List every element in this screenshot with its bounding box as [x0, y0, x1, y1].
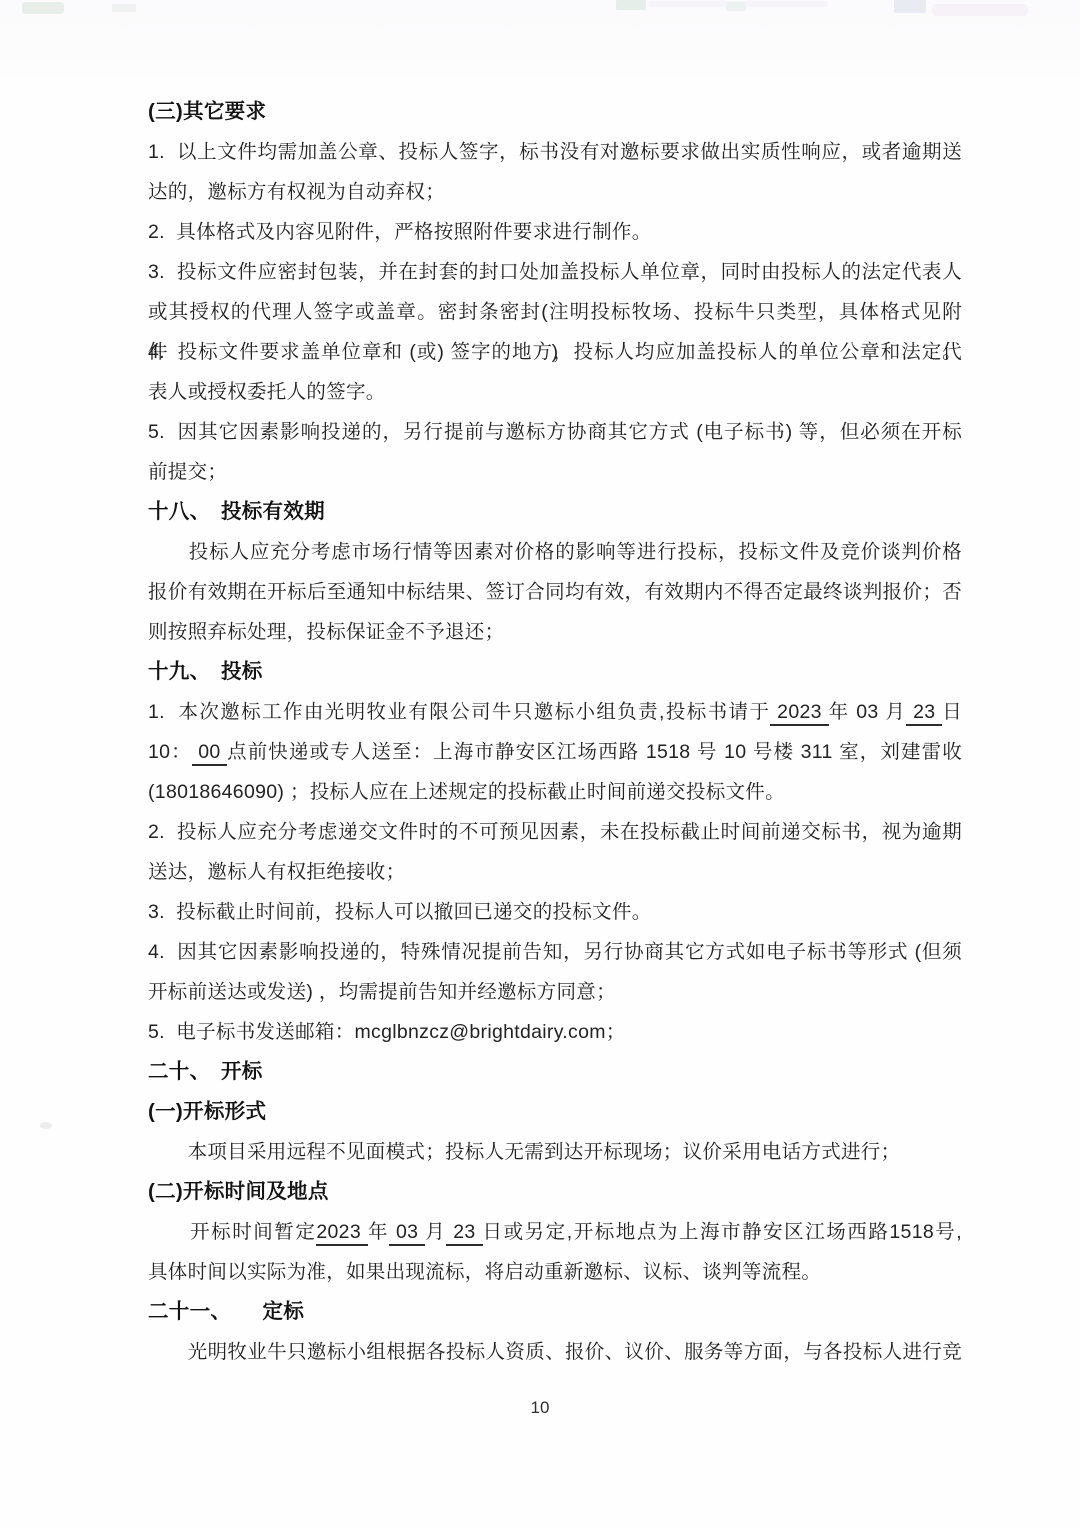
- doc-line: 1. 以上文件均需加盖公章、投标人签字，标书没有对邀标要求做出实质性响应，或者逾…: [148, 132, 962, 172]
- document-body: (三)其它要求1. 以上文件均需加盖公章、投标人签字，标书没有对邀标要求做出实质…: [148, 92, 962, 1372]
- text-segment: 年 03 月: [829, 701, 907, 723]
- doc-line: 3. 投标截止时间前，投标人可以撤回已递交的投标文件。: [148, 892, 962, 932]
- doc-line: 5. 因其它因素影响投递的，另行提前与邀标方协商其它方式 (电子标书) 等，但必…: [148, 412, 962, 452]
- doc-line: 具体时间以实际为准，如果出现流标，将启动重新邀标、议标、谈判等流程。: [148, 1252, 962, 1292]
- doc-line: 报价有效期在开标后至通知中标结果、签订合同均有效，有效期内不得否定最终谈判报价；…: [148, 572, 962, 612]
- text-segment: (二)开标时间及地点: [148, 1180, 329, 1203]
- scan-artifact: [726, 2, 746, 11]
- doc-line: 或其授权的代理人签字或盖章。密封条密封(注明投标牧场、投标牛只类型，具体格式见附…: [148, 292, 962, 332]
- doc-line: 5. 电子标书发送邮箱：mcglbnzcz@brightdairy.com；: [148, 1012, 962, 1052]
- text-segment: 开标时间暂定: [148, 1221, 316, 1243]
- doc-line: 2. 具体格式及内容见附件，严格按照附件要求进行制作。: [148, 212, 962, 252]
- text-segment: 报价有效期在开标后至通知中标结果、签订合同均有效，有效期内不得否定最终谈判报价；…: [148, 581, 962, 603]
- text-segment: 达的，邀标方有权视为自动弃权；: [148, 181, 445, 203]
- underlined-value: 23: [906, 701, 942, 726]
- scan-artifact: [22, 2, 64, 14]
- text-segment: 年: [368, 1221, 389, 1243]
- section-heading: 二十一、 定标: [148, 1292, 962, 1332]
- text-segment: (一)开标形式: [148, 1100, 266, 1123]
- underlined-value: 2023: [316, 1221, 368, 1246]
- scan-artifact: [648, 1, 828, 7]
- doc-line: 3. 投标文件应密封包装，并在封套的封口处加盖投标人单位章，同时由投标人的法定代…: [148, 252, 962, 292]
- doc-line: 送达，邀标人有权拒绝接收；: [148, 852, 962, 892]
- doc-line: 前提交；: [148, 452, 962, 492]
- text-segment: 本项目采用远程不见面模式；投标人无需到达开标现场；议价采用电话方式进行；: [148, 1141, 900, 1163]
- doc-line: 开标时间暂定2023 年 03 月 23 日或另定,开标地点为上海市静安区江场西…: [148, 1212, 962, 1252]
- section-heading: 十八、 投标有效期: [148, 492, 962, 532]
- text-segment: 开标前送达或发送) ，均需提前告知并经邀标方同意；: [148, 981, 616, 1003]
- text-segment: 二十一、 定标: [148, 1300, 304, 1323]
- section-heading: (一)开标形式: [148, 1092, 962, 1132]
- text-segment: 5. 电子标书发送邮箱：mcglbnzcz@brightdairy.com；: [148, 1021, 626, 1043]
- section-heading: (二)开标时间及地点: [148, 1172, 962, 1212]
- text-segment: 投标人应充分考虑市场行情等因素对价格的影响等进行投标，投标文件及竞价谈判价格: [148, 541, 962, 563]
- text-segment: 前提交；: [148, 461, 227, 483]
- scan-artifact: [932, 4, 1028, 16]
- text-segment: 十九、 投标: [148, 660, 263, 683]
- scan-artifact: [40, 1122, 52, 1129]
- doc-line: 光明牧业牛只邀标小组根据各投标人资质、报价、议价、服务等方面，与各投标人进行竞: [148, 1332, 962, 1372]
- text-segment: 十八、 投标有效期: [148, 500, 325, 523]
- text-segment: 具体时间以实际为准，如果出现流标，将启动重新邀标、议标、谈判等流程。: [148, 1261, 821, 1283]
- doc-line: (18018646090) ；投标人应在上述规定的投标截止时间前递交投标文件。: [148, 772, 962, 812]
- doc-line: 1. 本次邀标工作由光明牧业有限公司牛只邀标小组负责,投标书请于 2023 年 …: [148, 692, 962, 732]
- text-segment: 10：: [148, 741, 192, 763]
- text-segment: 点前快递或专人送至：上海市静安区江场西路 1518 号 10 号楼 311 室，…: [227, 741, 962, 763]
- doc-line: 达的，邀标方有权视为自动弃权；: [148, 172, 962, 212]
- text-segment: 月: [425, 1221, 446, 1243]
- text-segment: 二十、 开标: [148, 1060, 263, 1083]
- section-heading: 二十、 开标: [148, 1052, 962, 1092]
- text-segment: 1. 以上文件均需加盖公章、投标人签字，标书没有对邀标要求做出实质性响应，或者逾…: [148, 141, 962, 163]
- doc-line: 投标人应充分考虑市场行情等因素对价格的影响等进行投标，投标文件及竞价谈判价格: [148, 532, 962, 572]
- text-segment: 3. 投标截止时间前，投标人可以撤回已递交的投标文件。: [148, 901, 652, 923]
- text-segment: 日: [942, 701, 962, 723]
- text-segment: 送达，邀标人有权拒绝接收；: [148, 861, 405, 883]
- scan-artifact: [112, 4, 136, 12]
- text-segment: 4. 投标文件要求盖单位章和 (或) 签字的地方，投标人均应加盖投标人的单位公章…: [148, 341, 962, 363]
- text-segment: (18018646090) ；投标人应在上述规定的投标截止时间前递交投标文件。: [148, 781, 785, 803]
- text-segment: 则按照弃标处理，投标保证金不予退还；: [148, 621, 504, 643]
- text-segment: 2. 具体格式及内容见附件，严格按照附件要求进行制作。: [148, 221, 652, 243]
- doc-line: 2. 投标人应充分考虑递交文件时的不可预见因素，未在投标截止时间前递交标书，视为…: [148, 812, 962, 852]
- underlined-value: 2023: [770, 701, 828, 726]
- doc-line: 表人或授权委托人的签字。: [148, 372, 962, 412]
- underlined-value: 23: [446, 1221, 482, 1246]
- underlined-value: 00: [192, 741, 227, 766]
- section-heading: (三)其它要求: [148, 92, 962, 132]
- scan-artifact: [894, 0, 926, 13]
- underlined-value: 03: [389, 1221, 425, 1246]
- doc-line: 10： 00 点前快递或专人送至：上海市静安区江场西路 1518 号 10 号楼…: [148, 732, 962, 772]
- doc-line: 4. 投标文件要求盖单位章和 (或) 签字的地方，投标人均应加盖投标人的单位公章…: [148, 332, 962, 372]
- text-segment: 4. 因其它因素影响投递的，特殊情况提前告知，另行协商其它方式如电子标书等形式 …: [148, 941, 962, 963]
- text-segment: 2. 投标人应充分考虑递交文件时的不可预见因素，未在投标截止时间前递交标书，视为…: [148, 821, 962, 843]
- text-segment: 日或另定,开标地点为上海市静安区江场西路1518号,: [483, 1221, 962, 1243]
- doc-line: 4. 因其它因素影响投递的，特殊情况提前告知，另行协商其它方式如电子标书等形式 …: [148, 932, 962, 972]
- page-number: 10: [0, 1388, 1080, 1428]
- doc-line: 本项目采用远程不见面模式；投标人无需到达开标现场；议价采用电话方式进行；: [148, 1132, 962, 1172]
- text-segment: 5. 因其它因素影响投递的，另行提前与邀标方协商其它方式 (电子标书) 等，但必…: [148, 421, 962, 443]
- text-segment: 表人或授权委托人的签字。: [148, 381, 386, 403]
- text-segment: (三)其它要求: [148, 100, 266, 123]
- doc-line: 开标前送达或发送) ，均需提前告知并经邀标方同意；: [148, 972, 962, 1012]
- text-segment: 1. 本次邀标工作由光明牧业有限公司牛只邀标小组负责,投标书请于: [148, 701, 770, 723]
- text-segment: 3. 投标文件应密封包装，并在封套的封口处加盖投标人单位章，同时由投标人的法定代…: [148, 261, 962, 283]
- section-heading: 十九、 投标: [148, 652, 962, 692]
- document-page: (三)其它要求1. 以上文件均需加盖公章、投标人签字，标书没有对邀标要求做出实质…: [0, 0, 1080, 1528]
- text-segment: 光明牧业牛只邀标小组根据各投标人资质、报价、议价、服务等方面，与各投标人进行竞: [148, 1341, 962, 1363]
- scan-artifact: [616, 0, 646, 10]
- doc-line: 则按照弃标处理，投标保证金不予退还；: [148, 612, 962, 652]
